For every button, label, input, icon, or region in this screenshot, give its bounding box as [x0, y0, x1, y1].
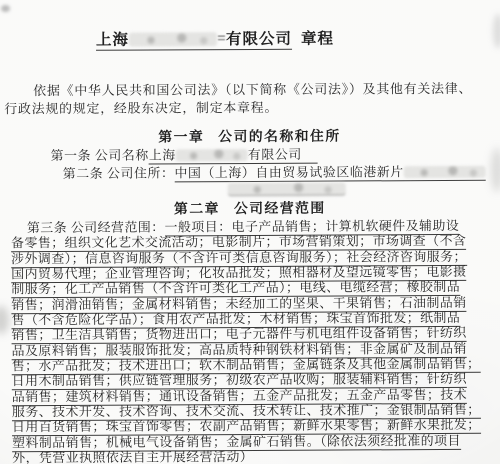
scope-line: 塑料制品销售；机械电气设备销售；金属矿石销售。（除依法须经批准的项目 — [12, 434, 500, 452]
chapter2-heading: 第二章公司经营范围 — [0, 196, 500, 219]
redaction-blur-address — [404, 165, 486, 177]
article1-value-underlined: 上海有限公司 — [149, 148, 318, 165]
preamble: 依据《中华人民共和国公司法》（以下简称《公司法》）及其他有关法律、 行政法规的规… — [0, 81, 499, 119]
article1-value-suffix: 有限公司 — [248, 148, 302, 162]
chapter2-title: 公司经营范围 — [234, 201, 326, 216]
scope-line: 外，凭营业执照依法自主开展经营活动） — [12, 449, 500, 464]
document-title: 上海有限公司章程 — [96, 26, 499, 50]
article2-line-continued — [0, 181, 500, 199]
company-name-underlined: 上海有限公司 — [96, 31, 292, 51]
preamble-line: 行政法规的规定，经股东决定，制定本章程。 — [4, 98, 499, 118]
chapter1-heading: 第一章公司的名称和住所 — [0, 124, 500, 147]
scope-underlined-text: 外，凭营业执照依法自主开展经营活动） — [12, 450, 253, 464]
chapter2-number: 第二章 — [174, 201, 220, 216]
article3-label: 第三条 公司经营范围： — [27, 220, 165, 235]
article1-value-prefix: 上海 — [149, 148, 176, 162]
redaction-blur-company-name — [129, 32, 217, 46]
preamble-line: 依据《中华人民共和国公司法》（以下简称《公司法》）及其他有关法律、 — [33, 81, 499, 101]
document-content: 上海有限公司章程 依据《中华人民共和国公司法》（以下简称《公司法》）及其他有关法… — [0, 0, 500, 464]
chapter1-title: 公司的名称和住所 — [218, 129, 340, 145]
redaction-blur-article1 — [176, 149, 248, 161]
scanned-document-page: 上海有限公司章程 依据《中华人民共和国公司法》（以下简称《公司法》）及其他有关法… — [0, 0, 500, 464]
doc-type-label: 章程 — [301, 31, 334, 48]
article3-operating-scope: 第三条 公司经营范围：一般项目：电子产品销售；计算机软硬件及辅助设 备零售；组织… — [11, 219, 500, 464]
article2-label: 第二条 公司住所： — [63, 166, 175, 181]
company-name-suffix: 有限公司 — [226, 31, 292, 48]
article2-line: 第二条 公司住所：中国（上海）自由贸易试验区临港新片 — [63, 163, 500, 183]
article2-value-underlined: 中国（上海）自由贸易试验区临港新片 — [174, 164, 485, 182]
redacted-char-remnant — [218, 33, 225, 46]
article2-value: 中国（上海）自由贸易试验区临港新片 — [174, 165, 403, 180]
chapter1-number: 第一章 — [158, 129, 204, 144]
redaction-blur-address-line2 — [228, 182, 346, 196]
article1-label: 第一条 公司名称 — [51, 149, 149, 164]
company-name-prefix: 上海 — [96, 32, 129, 49]
